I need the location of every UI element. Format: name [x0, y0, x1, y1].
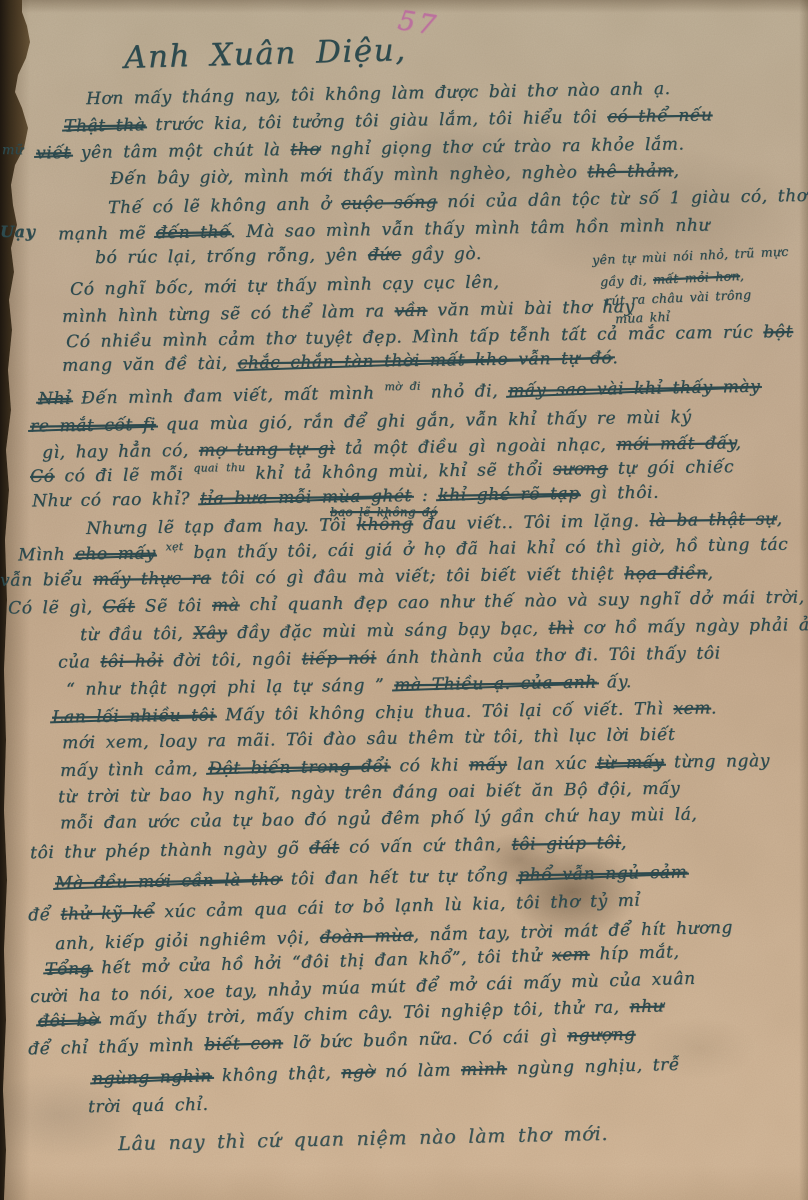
manuscript-line: bó rúc lại, trống rỗng, yên đức gầy gò.	[95, 244, 482, 268]
margin-note-left: mữ	[2, 143, 23, 158]
manuscript-line: trời quá chỉ.	[88, 1095, 209, 1118]
manuscript-photo: 57 Anh Xuân Diệu, Hơn mấy tháng nay, tôi…	[0, 0, 808, 1200]
margin-note-left: Uạy	[0, 222, 35, 241]
